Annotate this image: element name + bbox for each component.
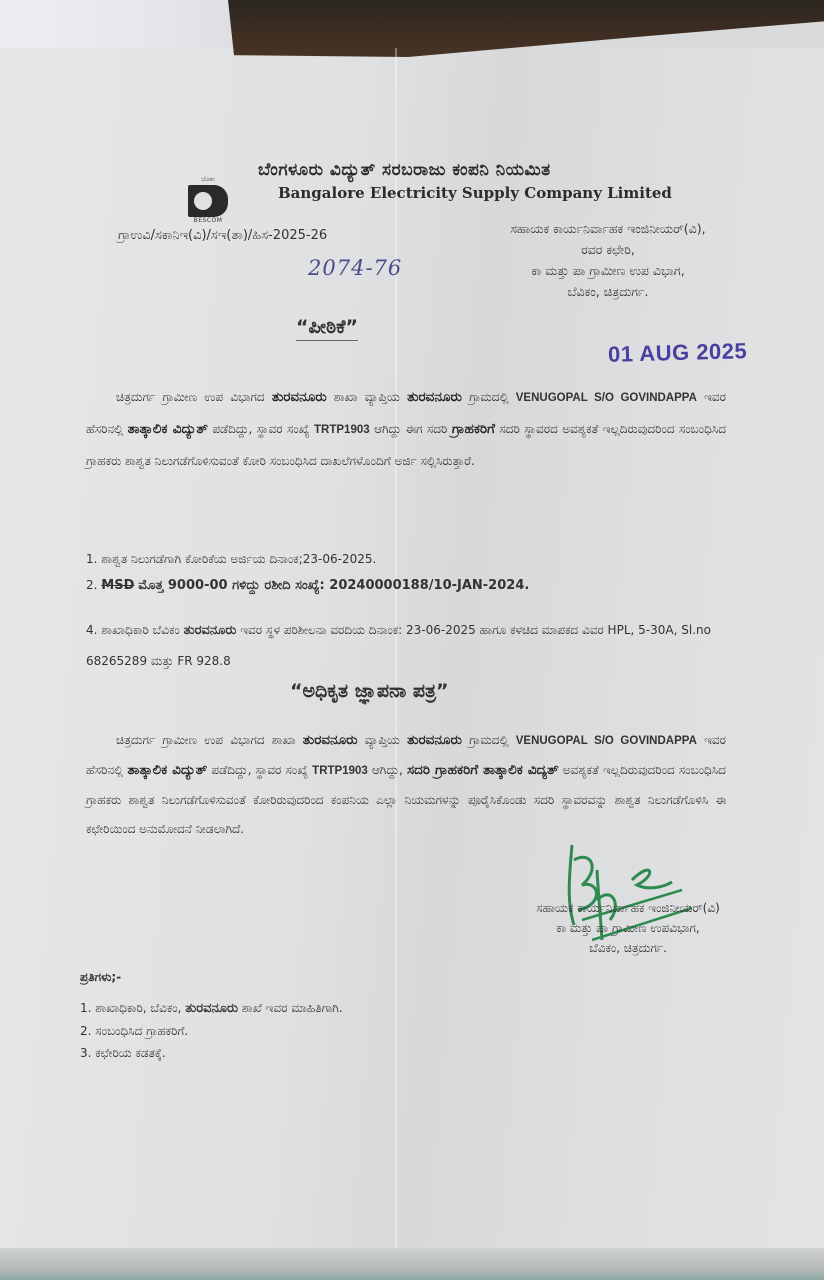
item-text: ಶಾಖೆ ಇವರ ಮಾಹಿತಿಗಾಗಿ. bbox=[242, 1001, 343, 1015]
text: ಚಿತ್ರದುರ್ಗ ಗ್ರಾಮೀಣ ಉಪ ವಿಭಾಗದ ಶಾಖಾ bbox=[86, 733, 296, 747]
item-text: ಕಛೇರಿಯ ಕಡತಕ್ಕೆ. bbox=[95, 1046, 165, 1060]
text: ಪಡೆದಿದ್ದು, ಸ್ಥಾವರ ಸಂಖ್ಯೆ bbox=[211, 763, 308, 777]
copies-heading: ಪ್ರತಿಗಳು;- bbox=[80, 970, 580, 985]
company-name-kannada: ಬೆಂಗಳೂರು ವಿದ್ಯುತ್ ಸರಬರಾಜು ಕಂಪನಿ ನಿಯಮಿತ bbox=[258, 160, 551, 180]
text: ಆಗಿದ್ದು, bbox=[372, 763, 403, 777]
copy-item: 2. ಸಂಬಂಧಿಸಿದ ಗ್ರಾಹಕರಿಗೆ. bbox=[80, 1020, 580, 1042]
item-text: ಇವರ ಸ್ಥಳ ಪರಿಶೀಲನಾ ವರದಿಯ ದಿನಾಂಕ: 23-06-20… bbox=[86, 623, 711, 668]
item-text: ಸಂಬಂಧಿಸಿದ ಗ್ರಾಹಕರಿಗೆ. bbox=[95, 1024, 188, 1038]
item-number: 3. bbox=[80, 1046, 91, 1060]
item-text: ಶಾಖಾಧಿಕಾರಿ, ಬೆವಿಕಂ, bbox=[95, 1001, 181, 1015]
installation-number: TRTP1903 bbox=[312, 765, 368, 777]
connection-type: ತಾತ್ಕಾಲಿಕ ವಿದ್ಯುತ್ bbox=[127, 762, 207, 778]
text-bold: ಗ್ರಾಹಕರಿಗೆ bbox=[452, 421, 495, 437]
address-line: ಸಹಾಯಕ ಕಾರ್ಯನಿರ್ವಾಹಕ ಇಂಜಿನೀಯರ್(ವಿ), bbox=[448, 218, 768, 239]
logo-kannada-text: ಬೆವಿಕಂ bbox=[186, 176, 230, 184]
date-stamp: 01 AUG 2025 bbox=[608, 338, 748, 368]
place-name: ತುರವನೂರು bbox=[272, 389, 327, 405]
place-name: ತುರವನೂರು bbox=[184, 623, 237, 638]
text: ವ್ಯಾಪ್ತಿಯ bbox=[365, 733, 400, 747]
reference-item: 1. ಶಾಶ್ವತ ನಿಲುಗಡೆಗಾಗಿ ಕೋರಿಕೆಯ ಅರ್ಜಿಯ ದಿನ… bbox=[86, 546, 736, 572]
place-name: ತುರವನೂರು bbox=[407, 389, 462, 405]
consumer-name: VENUGOPAL S/O GOVINDAPPA bbox=[516, 392, 697, 404]
item-number: 1. bbox=[86, 552, 97, 566]
reference-number: ಗ್ರಾಉವಿ/ಸಕಾನಿಇ(ವಿ)/ಸಇ(ತಾ)/ಹಿಸ-2025-26 bbox=[118, 228, 327, 243]
signatory-line: ಕಾ ಮತ್ತು ಪಾ ಗ್ರಾಮೀಣ ಉಪವಿಭಾಗ, bbox=[488, 918, 768, 938]
item-number: 2. bbox=[80, 1024, 91, 1038]
copies-section: ಪ್ರತಿಗಳು;- 1. ಶಾಖಾಧಿಕಾರಿ, ಬೆವಿಕಂ, ತುರವನೂ… bbox=[80, 970, 580, 1064]
address-line: ಬೆವಿಕಂ, ಚಿತ್ರದುರ್ಗ. bbox=[448, 281, 768, 302]
item-text: ಮೊತ್ತ 9000-00 ಗಳಿದ್ದು ರಶೀದಿ ಸಂಖ್ಯೆ: 2024… bbox=[138, 578, 529, 593]
text: ಆಗಿದ್ದು ಈಗ ಸದರಿ bbox=[374, 422, 447, 436]
text: ಗ್ರಾಮದಲ್ಲಿ bbox=[469, 390, 509, 404]
text-bold: ಸದರಿ ಗ್ರಾಹಕರಿಗೆ ತಾತ್ಕಾಲಿಕ ವಿದ್ಯತ್ bbox=[407, 762, 559, 778]
item-number: 4. bbox=[86, 623, 97, 637]
logo-english-text: BESCOM bbox=[186, 217, 230, 224]
text: ಪಡೆದಿದ್ದು, ಸ್ಥಾವರ ಸಂಖ್ಯೆ bbox=[212, 422, 309, 436]
text: ಗ್ರಾಮದಲ್ಲಿ bbox=[469, 733, 509, 747]
copy-item: 3. ಕಛೇರಿಯ ಕಡತಕ್ಕೆ. bbox=[80, 1042, 580, 1064]
copy-item: 1. ಶಾಖಾಧಿಕಾರಿ, ಬೆವಿಕಂ, ತುರವನೂರು ಶಾಖೆ ಇವರ… bbox=[80, 997, 580, 1020]
references-list: 1. ಶಾಶ್ವತ ನಿಲುಗಡೆಗಾಗಿ ಕೋರಿಕೆಯ ಅರ್ಜಿಯ ದಿನ… bbox=[86, 546, 736, 676]
place-name: ತುರವನೂರು bbox=[185, 1001, 238, 1016]
item-text: ಶಾಖಾಧಿಕಾರಿ ಬೆವಿಕಂ bbox=[101, 623, 179, 637]
reference-item: 2. MSD ಮೊತ್ತ 9000-00 ಗಳಿದ್ದು ರಶೀದಿ ಸಂಖ್ಯ… bbox=[86, 572, 736, 599]
office-address: ಸಹಾಯಕ ಕಾರ್ಯನಿರ್ವಾಹಕ ಇಂಜಿನೀಯರ್(ವಿ), ರವರ ಕ… bbox=[448, 218, 768, 302]
address-line: ರವರ ಕಛೇರಿ, bbox=[448, 239, 768, 260]
item-number: 2. bbox=[86, 578, 97, 592]
signatory-line: ಸಹಾಯಕ ಕಾರ್ಯನಿರ್ವಾಹಕ ಇಂಜಿನೀಯರ್(ವಿ) bbox=[488, 898, 768, 918]
order-paragraph: ಚಿತ್ರದುರ್ಗ ಗ್ರಾಮೀಣ ಉಪ ವಿಭಾಗದ ಶಾಖಾ ತುರವನೂ… bbox=[86, 726, 726, 844]
signatory-line: ಬೆವಿಕಂ, ಚಿತ್ರದುರ್ಗ. bbox=[488, 938, 768, 958]
item-number: 1. bbox=[80, 1001, 91, 1015]
date-stamp-text: 01 AUG 2025 bbox=[608, 338, 748, 367]
handwritten-dispatch-number: 2074-76 bbox=[308, 256, 402, 280]
place-name: ತುರವನೂರು bbox=[407, 732, 462, 748]
company-name-english: Bangalore Electricity Supply Company Lim… bbox=[278, 184, 672, 202]
installation-number: TRTP1903 bbox=[314, 424, 370, 436]
item-prefix: MSD bbox=[101, 578, 134, 593]
signatory-block: ಸಹಾಯಕ ಕಾರ್ಯನಿರ್ವಾಹಕ ಇಂಜಿನೀಯರ್(ವಿ) ಕಾ ಮತ್… bbox=[488, 898, 768, 958]
page-bottom-edge bbox=[0, 1248, 824, 1280]
text: ಚಿತ್ರದುರ್ಗ ಗ್ರಾಮೀಣ ಉಪ ವಿಭಾಗದ bbox=[86, 390, 265, 404]
consumer-name: VENUGOPAL S/O GOVINDAPPA bbox=[516, 735, 697, 747]
bescom-b-icon bbox=[188, 185, 228, 217]
preamble-paragraph: ಚಿತ್ರದುರ್ಗ ಗ್ರಾಮೀಣ ಉಪ ವಿಭಾಗದ ತುರವನೂರು ಶಾ… bbox=[86, 382, 726, 477]
reference-item: 4. ಶಾಖಾಧಿಕಾರಿ ಬೆವಿಕಂ ತುರವನೂರು ಇವರ ಸ್ಥಳ ಪ… bbox=[86, 615, 736, 676]
text: ಶಾಖಾ ವ್ಯಾಪ್ತಿಯ bbox=[334, 390, 400, 404]
bescom-logo: ಬೆವಿಕಂ BESCOM bbox=[186, 176, 230, 228]
connection-type: ತಾತ್ಕಾಲಿಕ ವಿದ್ಯುತ್ bbox=[128, 421, 208, 437]
place-name: ತುರವನೂರು bbox=[303, 732, 358, 748]
order-title: “ಅಧಿಕೃತ ಜ್ಞಾಪನಾ ಪತ್ರ” bbox=[290, 680, 448, 702]
item-text: ಶಾಶ್ವತ ನಿಲುಗಡೆಗಾಗಿ ಕೋರಿಕೆಯ ಅರ್ಜಿಯ ದಿನಾಂಕ… bbox=[101, 552, 376, 566]
preamble-title: “ಪೀಠಿಕೆ” bbox=[296, 316, 358, 341]
address-line: ಕಾ ಮತ್ತು ಪಾ ಗ್ರಾಮೀಣ ಉಪ ವಿಭಾಗ, bbox=[448, 260, 768, 281]
